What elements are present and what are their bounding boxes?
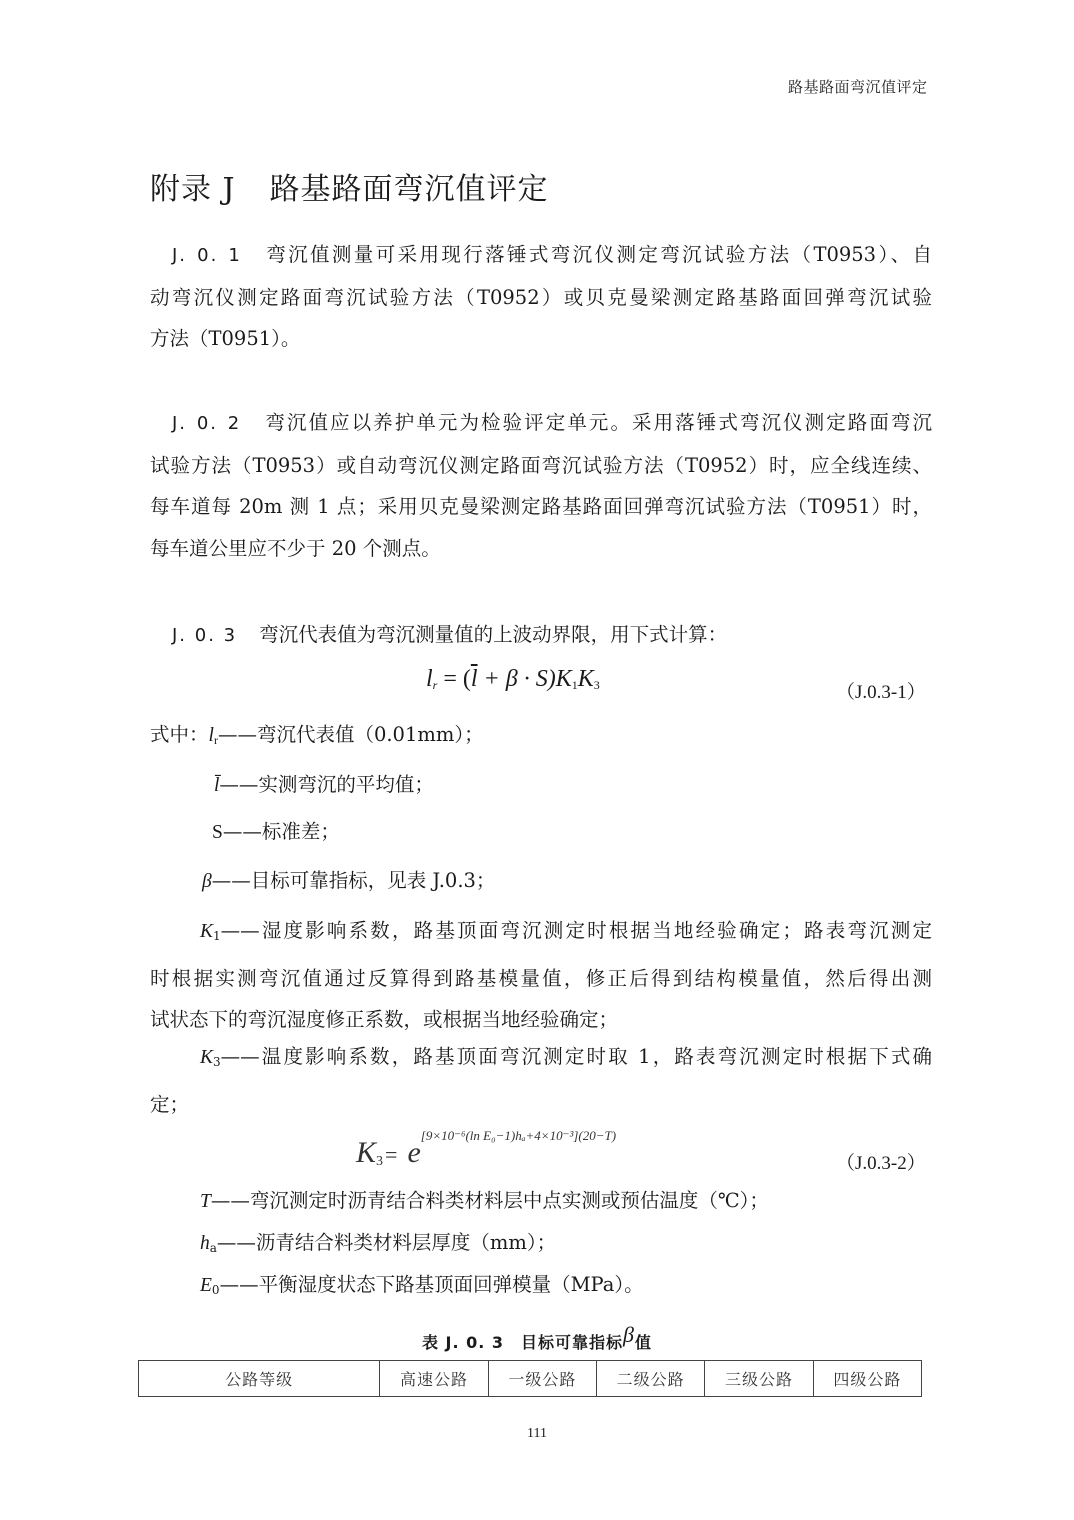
table-header-row: 公路等级 高速公路 一级公路 二级公路 三级公路 四级公路 xyxy=(139,1361,922,1397)
clause-line: J. 0. 1弯沉值测量可采用现行落锤式弯沉仪测定弯沉试验方法（T0953）、自 xyxy=(150,234,932,277)
definition-beta: β——目标可靠指标，见表 J.0.3； xyxy=(202,860,495,903)
clause-line: J. 0. 2弯沉值应以养护单元为检验评定单元。采用落锤式弯沉仪测定路面弯沉 xyxy=(150,402,932,445)
clause-line: J. 0. 3弯沉代表值为弯沉测量值的上波动界限，用下式计算： xyxy=(150,614,932,657)
appendix-label: 附录 J xyxy=(150,172,236,207)
clause-line: 试验方法（T0953）或自动弯沉仪测定路面弯沉试验方法（T0952）时，应全线连… xyxy=(150,445,932,487)
definition-k1: K1——湿度影响系数，路基顶面弯沉测定时根据当地经验确定；路表弯沉测定 时根据实… xyxy=(150,910,932,1041)
equation-deflection-representative: lr = (l + β · S)K1K3 xyxy=(426,666,600,693)
definition-e0: E0——平衡湿度状态下路基顶面回弹模量（MPa）。 xyxy=(200,1264,644,1312)
table-header-cell: 公路等级 xyxy=(139,1361,380,1397)
running-header: 路基路面弯沉值评定 xyxy=(788,76,928,97)
definition-k3: K3——温度影响系数，路基顶面弯沉测定时取 1，路表弯沉测定时根据下式确 定； xyxy=(150,1036,932,1125)
table-header-cell: 三级公路 xyxy=(705,1361,813,1397)
page-title: 附录 J路基路面弯沉值评定 xyxy=(150,164,549,208)
equation-number: （J.0.3-2） xyxy=(836,1148,926,1175)
definition-s: S——标准差； xyxy=(212,811,340,854)
page-number: 111 xyxy=(0,1426,1074,1442)
clause-line: 方法（T0951）。 xyxy=(150,318,932,360)
definition-t: T——弯沉测定时沥青结合料类材料层中点实测或预估温度（℃）； xyxy=(200,1180,769,1223)
table-header-cell: 二级公路 xyxy=(597,1361,705,1397)
definition-lr: 式中：lr——弯沉代表值（0.01mm）； xyxy=(150,714,484,762)
clause-line: 动弯沉仪测定路面弯沉试验方法（T0952）或贝克曼梁测定路基路面回弹弯沉试验 xyxy=(150,277,932,319)
clause-line: 每车道每 20m 测 1 点；采用贝克曼梁测定路基路面回弹弯沉试验方法（T095… xyxy=(150,486,932,528)
clause-j03: J. 0. 3弯沉代表值为弯沉测量值的上波动界限，用下式计算： xyxy=(150,614,932,657)
table-header-cell: 一级公路 xyxy=(488,1361,596,1397)
appendix-title: 路基路面弯沉值评定 xyxy=(270,172,549,207)
equation-number: （J.0.3-1） xyxy=(836,677,926,704)
definition-lbar: l̄——实测弯沉的平均值； xyxy=(214,764,434,807)
clause-j02: J. 0. 2弯沉值应以养护单元为检验评定单元。采用落锤式弯沉仪测定路面弯沉 试… xyxy=(150,402,932,569)
table-caption: 表 J. 0. 3 目标可靠指标β值 xyxy=(0,1322,1074,1353)
table-header-cell: 高速公路 xyxy=(380,1361,488,1397)
clause-number: J. 0. 2 xyxy=(172,413,241,434)
equation-temperature-factor: K3=e[9×10⁻⁶(ln E₀−1)hₐ+4×10⁻³](20−T) xyxy=(356,1128,616,1170)
reliability-index-table: 公路等级 高速公路 一级公路 二级公路 三级公路 四级公路 xyxy=(138,1360,922,1397)
clause-number: J. 0. 1 xyxy=(172,245,242,266)
clause-number: J. 0. 3 xyxy=(172,625,237,646)
definition-ha: ha——沥青结合料类材料层厚度（mm）； xyxy=(200,1222,556,1270)
table-header-cell: 四级公路 xyxy=(813,1361,921,1397)
clause-j01: J. 0. 1弯沉值测量可采用现行落锤式弯沉仪测定弯沉试验方法（T0953）、自… xyxy=(150,234,932,360)
clause-line: 每车道公里应不少于 20 个测点。 xyxy=(150,528,932,570)
